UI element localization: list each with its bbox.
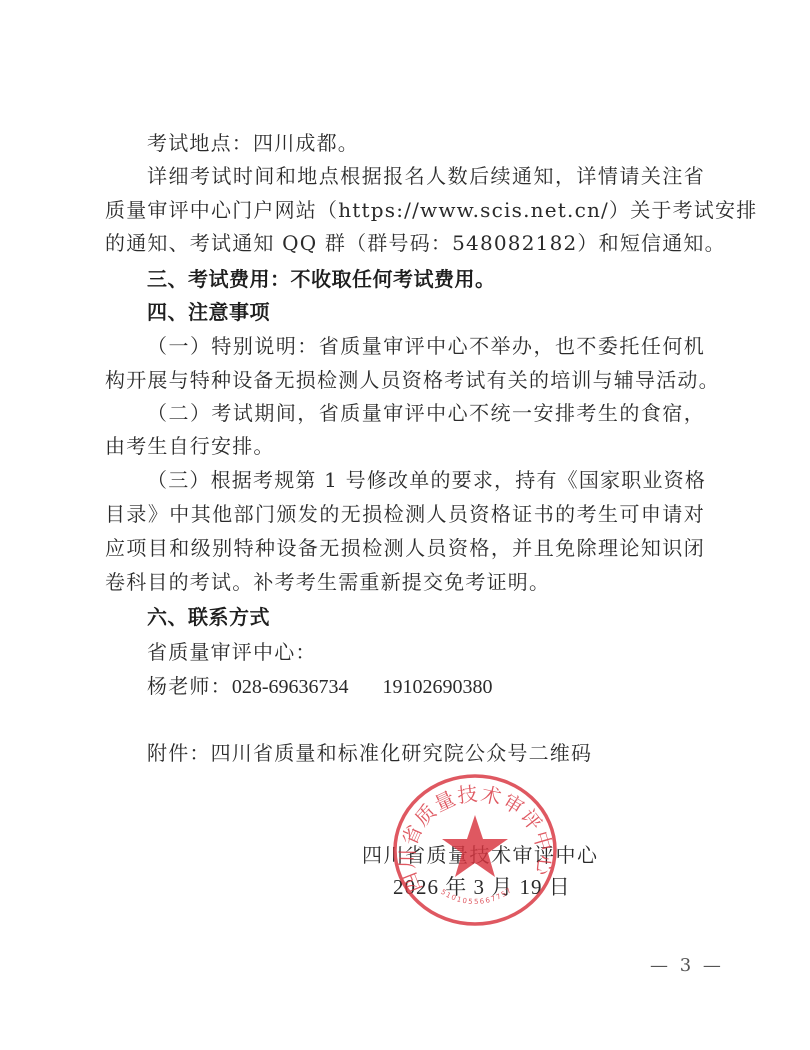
contact-org-text: 省质量审评中心： bbox=[147, 639, 705, 665]
note-3-line-1: （三）根据考规第 1 号修改单的要求，持有《国家职业资格 bbox=[147, 467, 705, 493]
signature-org: 四川省质量技术审评中心 bbox=[362, 842, 599, 868]
note-2-line-1: （二）考试期间，省质量审评中心不统一安排考生的食宿， bbox=[147, 400, 705, 426]
section-6-heading: 六、联系方式 bbox=[147, 604, 705, 630]
exam-notice-line-1: 详细考试时间和地点根据报名人数后续通知，详情请关注省 bbox=[147, 163, 705, 189]
note-3-line-3: 应项目和级别特种设备无损检测人员资格，并且免除理论知识闭 bbox=[105, 535, 705, 561]
note-3-line-2: 目录》中其他部门颁发的无损检测人员资格证书的考生可申请对 bbox=[105, 501, 705, 527]
exam-notice-line-2: 质量审评中心门户网站（https://www.scis.net.cn/）关于考试… bbox=[105, 197, 705, 223]
exam-location-text: 考试地点：四川成都。 bbox=[147, 130, 705, 156]
exam-notice-line-3: 的通知、考试通知 QQ 群（群号码：548082182）和短信通知。 bbox=[105, 230, 705, 256]
section-4-heading: 四、注意事项 bbox=[147, 299, 705, 325]
attachment-text: 附件：四川省质量和标准化研究院公众号二维码 bbox=[147, 740, 705, 766]
note-3-line-4: 卷科目的考试。补考考生需重新提交免考证明。 bbox=[105, 569, 705, 595]
note-2-line-2: 由考生自行安排。 bbox=[105, 433, 705, 459]
note-1-line-2: 构开展与特种设备无损检测人员资格考试有关的培训与辅导活动。 bbox=[105, 367, 705, 393]
note-1-line-1: （一）特别说明：省质量审评中心不举办，也不委托任何机 bbox=[147, 333, 705, 359]
section-3-heading: 三、考试费用：不收取任何考试费用。 bbox=[147, 266, 705, 292]
contact-phone-1: 028-69636734 bbox=[232, 676, 349, 698]
contact-name-label: 杨老师： bbox=[147, 674, 232, 698]
signature-date: 2026 年 3 月 19 日 bbox=[393, 874, 571, 900]
contact-phone-2: 19102690380 bbox=[382, 676, 492, 698]
page-number: — 3 — bbox=[650, 955, 724, 976]
contact-line: 杨老师：028-6963673419102690380 bbox=[147, 673, 705, 700]
